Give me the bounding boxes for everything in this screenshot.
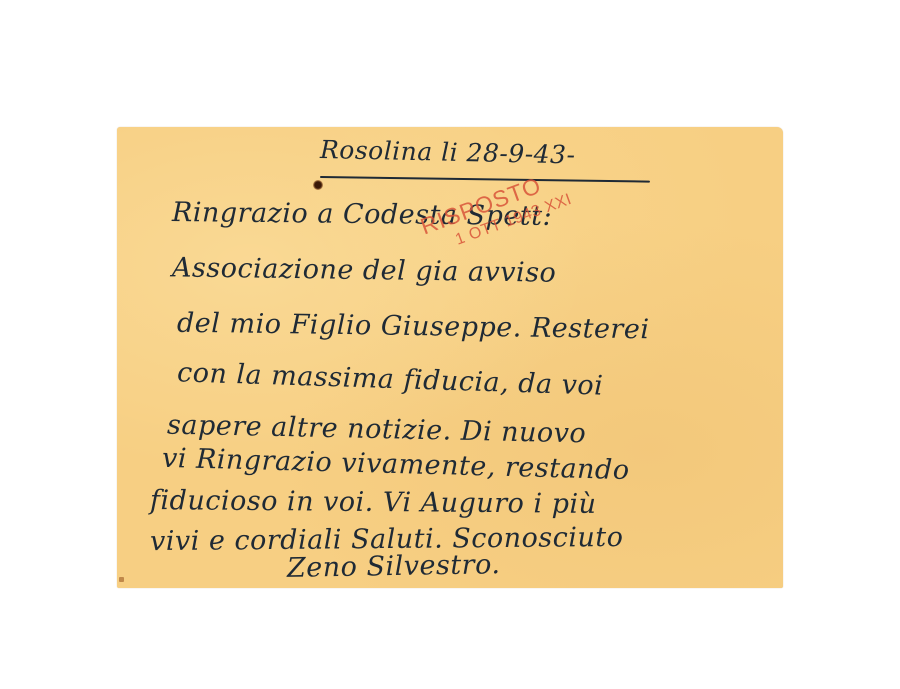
heading-underline: [320, 176, 650, 183]
place-date-heading: Rosolina li 28-9-43-: [320, 135, 576, 169]
ink-spot: [313, 180, 323, 190]
postcard: Rosolina li 28-9-43- Ringrazio a Codesta…: [117, 127, 783, 588]
handwritten-line-3: del mio Figlio Giuseppe. Resterei: [177, 308, 650, 346]
handwritten-line-5: sapere altre notizie. Di nuovo: [167, 410, 587, 450]
handwritten-line-6: vi Ringrazio vivamente, restando: [162, 443, 630, 486]
handwritten-line-4: con la massima fiducia, da voi: [177, 357, 604, 401]
handwritten-line-2: Associazione del gia avviso: [172, 252, 557, 288]
signature: Zeno Silvestro.: [287, 549, 501, 584]
corner-stain: [119, 577, 124, 582]
handwritten-line-7: fiducioso in voi. Vi Auguro i più: [150, 485, 597, 520]
